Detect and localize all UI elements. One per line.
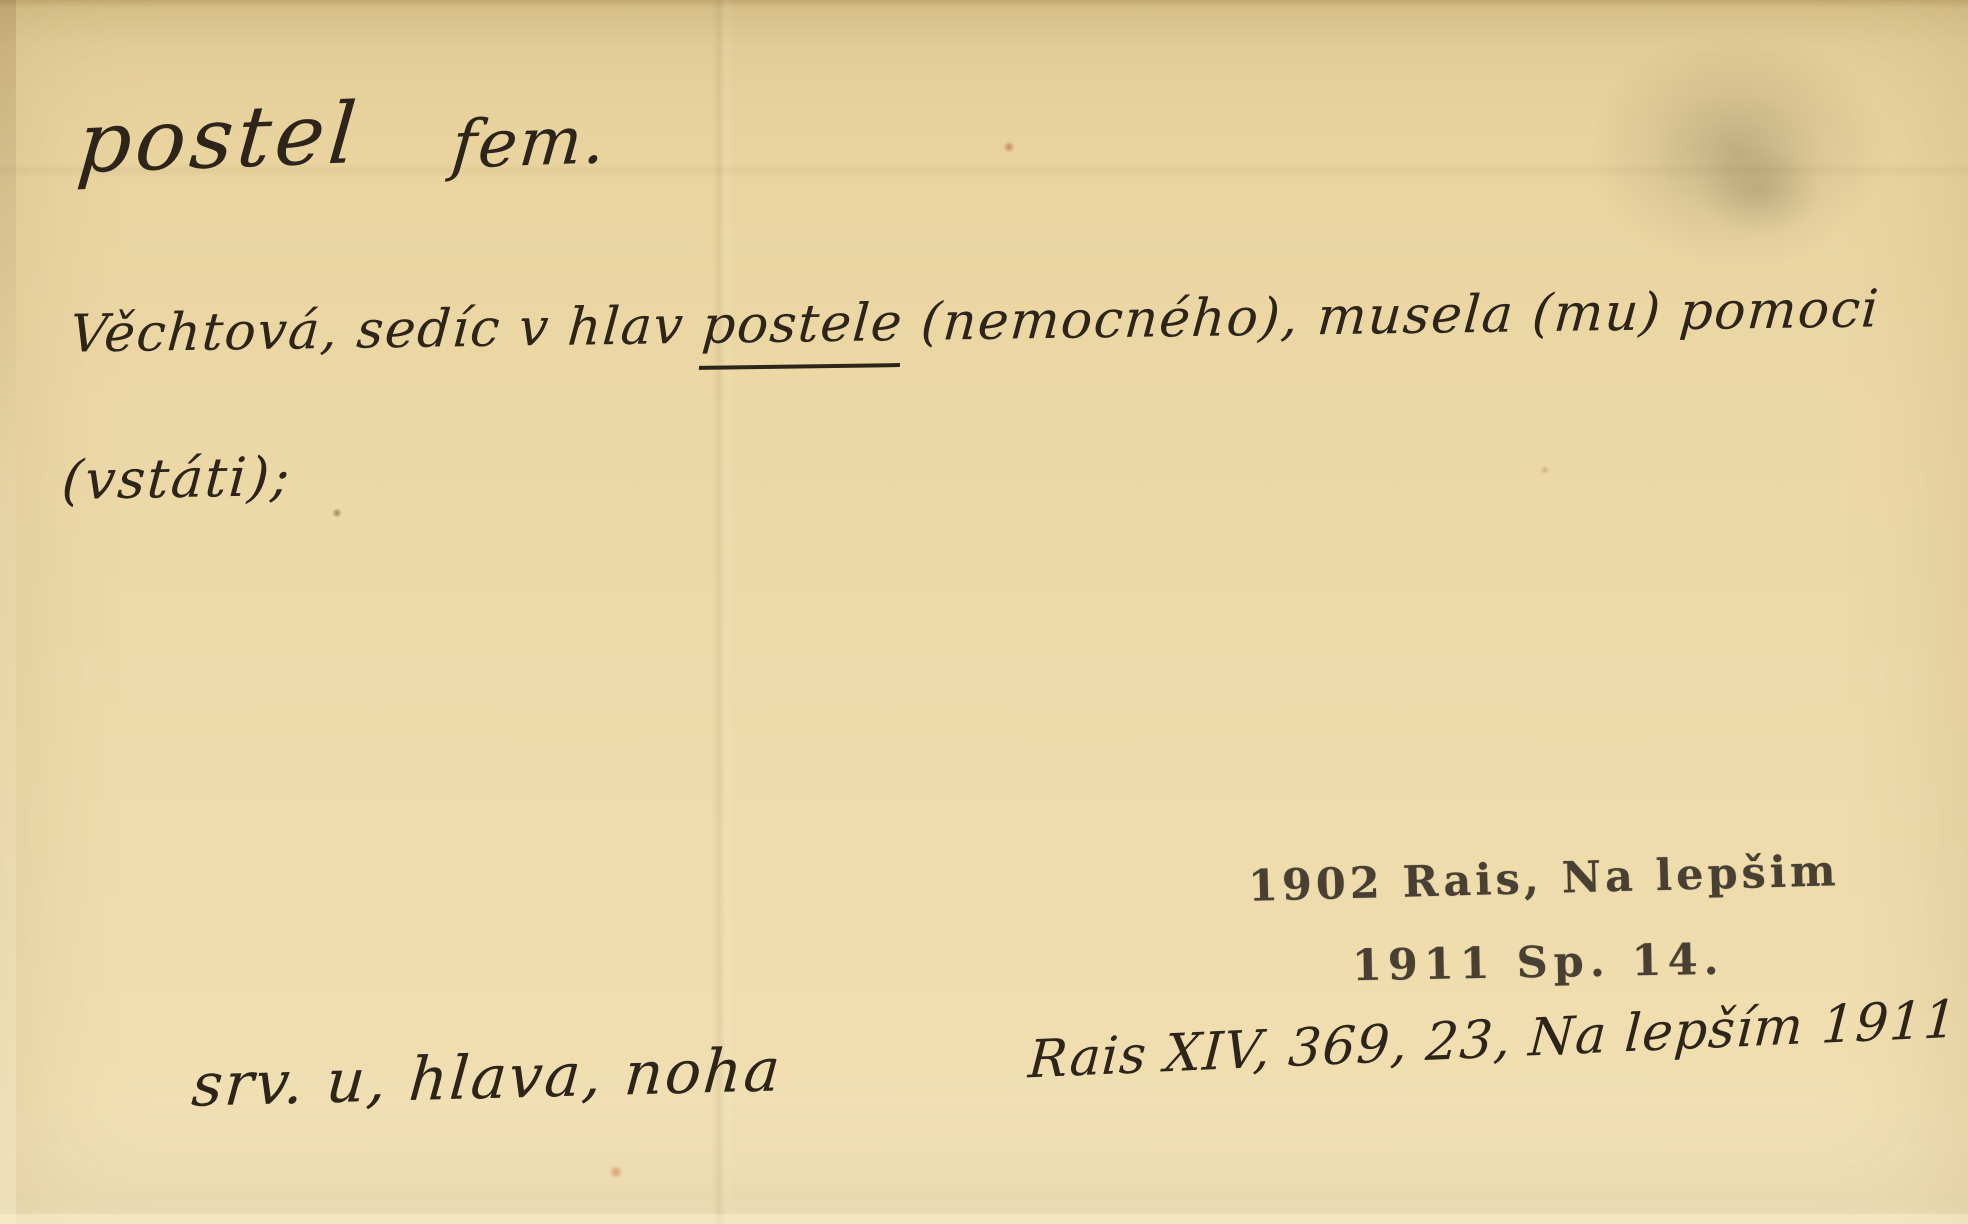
paper-edge-left	[0, 0, 16, 1224]
stamp-source-line: 1902 Rais, Na lepšim	[1248, 850, 1841, 908]
quote-segment-before: Věchtová, sedíc v hlav	[68, 296, 705, 365]
quote-segment-underlined: postele	[699, 293, 905, 370]
excerpt-card-scan: postel fem. Věchtová, sedíc v hlav poste…	[0, 0, 1968, 1224]
stamp-volume-line: 1911 Sp. 14.	[1352, 939, 1725, 988]
paper-edge-bottom	[0, 1214, 1968, 1224]
quote-segment-after: (nemocného), musela (mu) pomoci	[901, 279, 1882, 353]
quote-line-2: (vstáti);	[60, 450, 293, 508]
gender-label: fem.	[449, 107, 610, 179]
headword: postel	[74, 91, 363, 185]
handwritten-citation: Rais XIV, 369, 23, Na lepším 1911	[1027, 994, 1959, 1087]
cross-reference-note: srv. u, hlava, noha	[190, 1040, 784, 1116]
quote-line-1: Věchtová, sedíc v hlav postele (nemocnéh…	[68, 283, 1881, 360]
